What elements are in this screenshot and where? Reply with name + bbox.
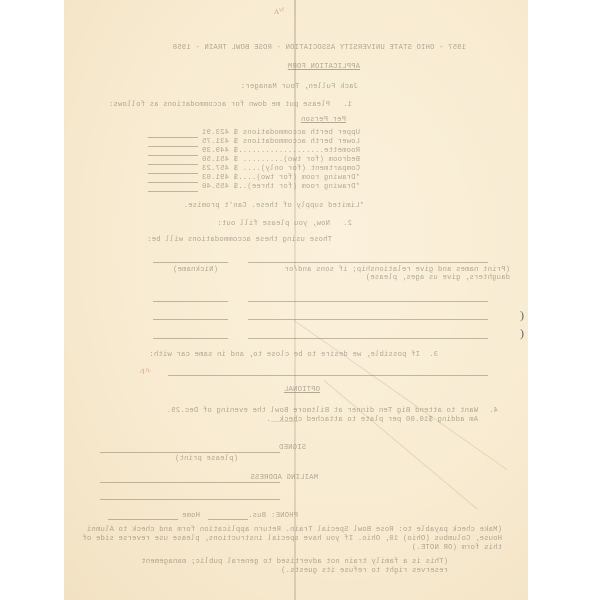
item2-subtext: Those using these accommodations will be… (147, 236, 332, 244)
mailing-address-label: MAILING ADDRESS (250, 474, 318, 482)
nickname-line (153, 262, 228, 263)
option-blank (148, 146, 198, 147)
option-label: Bedroom (for two)......... (243, 156, 360, 164)
nickname-line (153, 319, 228, 320)
nickname-label: (Nickname) (173, 266, 218, 274)
item1-column-heading: Per Person (301, 116, 346, 124)
mirrored-content: 1957 - OHIO STATE UNIVERSITY ASSOCIATION… (64, 0, 528, 600)
option-label: Compartment (for only).... (243, 165, 360, 173)
option-price: $ 431.75 (202, 138, 238, 146)
item4-text: Want to attend Big Ten dinner at Biltmor… (167, 407, 478, 415)
item3-number: 3. (429, 351, 438, 359)
option-blank (148, 182, 198, 183)
option-price: $ 451.50 (202, 156, 238, 164)
phone-bus-label: Bus. (248, 512, 266, 520)
name-line (248, 262, 488, 263)
option-blank (148, 137, 198, 138)
nickname-line (153, 338, 228, 339)
optional-heading: OPTIONAL (284, 386, 320, 394)
option-price: $ 455.40 (202, 183, 238, 191)
disclaimer: (This is a family train not advertised t… (128, 558, 448, 576)
item4-blank: ______. (266, 416, 298, 424)
item2-number: 2. (343, 220, 352, 228)
option-price: $ 449.39 (202, 147, 238, 155)
margin-mark: ) (520, 308, 524, 323)
document-header: 1957 - OHIO STATE UNIVERSITY ASSOCIATION… (173, 44, 466, 52)
salutation: Jack Fullen, Tour Manager: (241, 83, 358, 91)
item4-number: 4. (489, 407, 498, 415)
phone-bus-line (208, 519, 248, 520)
phone-label: PHONE: (271, 512, 298, 520)
signature-note: (please print) (175, 455, 238, 463)
address-line (100, 499, 280, 500)
item2-text: Now, you please fill out: (217, 220, 330, 228)
option-label: *Drawing room (for three).. (238, 183, 360, 191)
option-price: $ 457.23 (202, 165, 238, 173)
option-label: Lower berth accommodations (243, 138, 360, 146)
document-title: APPLICATION FORM (288, 63, 360, 71)
name-line (248, 301, 488, 302)
document-page: ᴧᵛᶠ 1957 - OHIO STATE UNIVERSITY ASSOCIA… (64, 0, 528, 600)
item1-number: 1. (343, 101, 352, 109)
item1-text: Please put me down for accommodations as… (109, 101, 330, 109)
item2-columns-note: (Print names and give relationship; if s… (250, 266, 510, 282)
option-label: *Drawing room (for two).... (238, 174, 360, 182)
item3-line (168, 375, 488, 376)
option-blank (148, 173, 198, 174)
option-label: Upper berth accommodations (243, 129, 360, 137)
option-price: $ 491.03 (202, 174, 238, 182)
margin-mark: ) (520, 326, 524, 341)
signature-line (100, 452, 280, 453)
signed-label: SIGNED (279, 444, 306, 452)
option-blank (148, 155, 198, 156)
option-label: Roomette................... (238, 147, 360, 155)
address-line (100, 482, 280, 483)
instructions: (Make check payable to: Rose Bowl Specia… (82, 526, 502, 553)
item1-footnote: *Limited supply of these. Can't promise. (183, 202, 364, 210)
phone-home-line (108, 519, 178, 520)
nickname-line (153, 301, 228, 302)
item4-text2: Am adding $10.00 per plate to attached c… (279, 416, 478, 424)
option-blank (148, 164, 198, 165)
phone-home-label: Home (182, 512, 200, 520)
item3-text: If possible, we desire to be close to, a… (149, 351, 420, 359)
name-line (248, 338, 488, 339)
option-blank (148, 191, 198, 192)
name-line (248, 319, 488, 320)
option-price: $ 423.91 (202, 129, 238, 137)
